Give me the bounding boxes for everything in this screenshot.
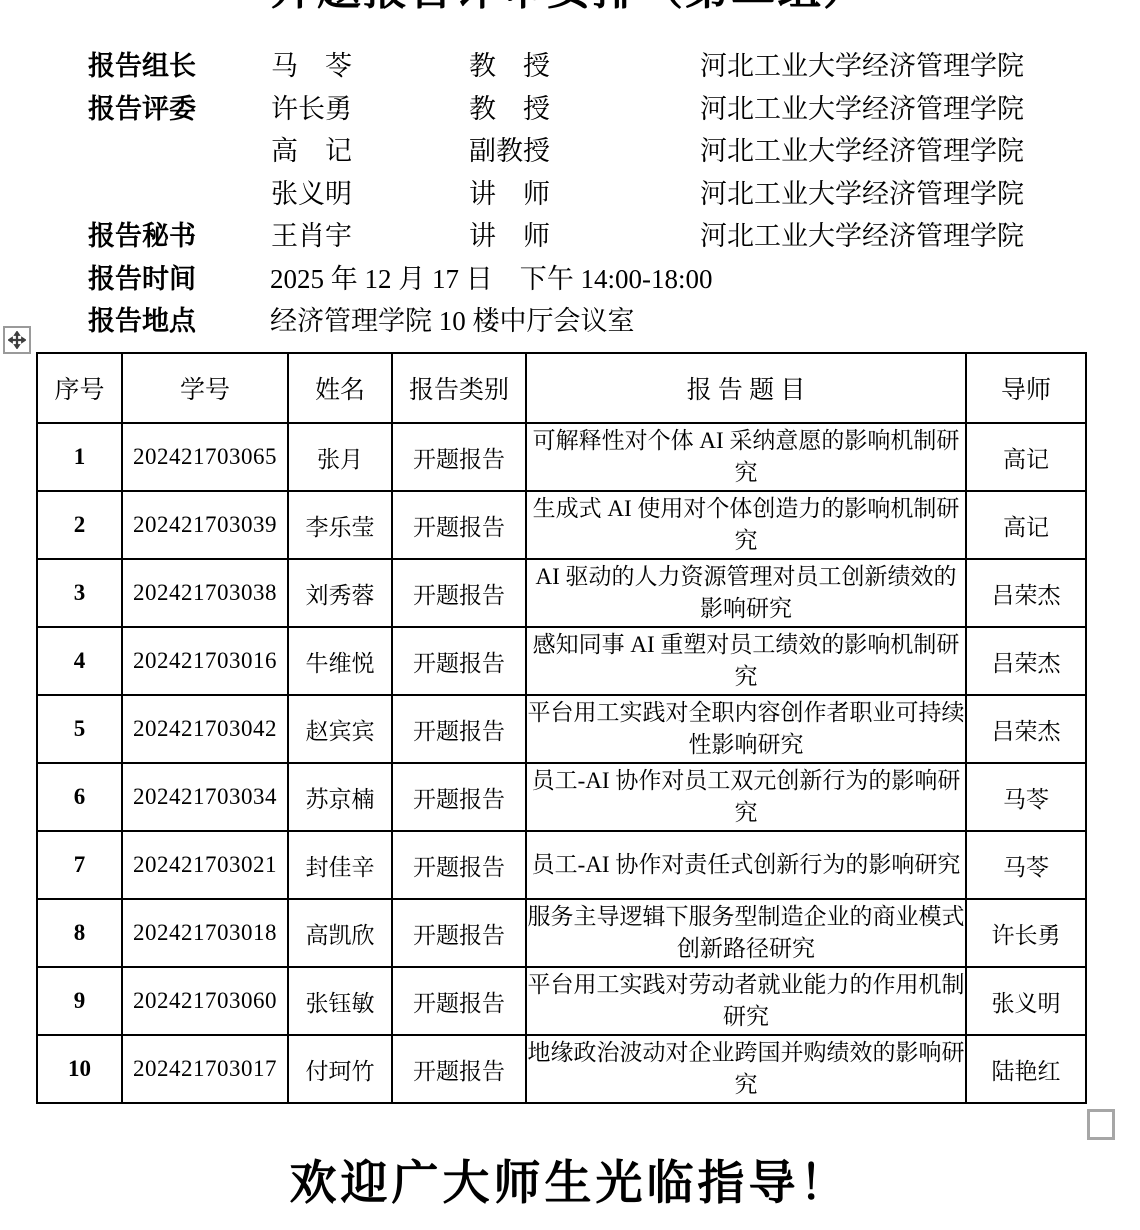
cell-advisor: 吕荣杰 (966, 559, 1086, 627)
table-resize-handle[interactable] (1087, 1109, 1115, 1140)
cell-name: 赵宾宾 (288, 695, 392, 763)
cell-report-type: 开题报告 (392, 559, 526, 627)
table-row: 5202421703042赵宾宾开题报告平台用工实践对全职内容创作者职业可持续性… (37, 695, 1086, 763)
table-header-row: 序号学号姓名报告类别报 告 题 目导师 (37, 353, 1086, 423)
cell-topic: 平台用工实践对全职内容创作者职业可持续性影响研究 (526, 695, 966, 763)
info-label: 报告地点 (88, 299, 196, 338)
cell-advisor: 吕荣杰 (966, 695, 1086, 763)
info-person-name: 王肖宇 (271, 214, 352, 253)
cell-report-type: 开题报告 (392, 1035, 526, 1103)
cell-student-id: 202421703039 (122, 491, 288, 559)
cell-student-id: 202421703038 (122, 559, 288, 627)
cell-advisor: 陆艳红 (966, 1035, 1086, 1103)
info-organization: 河北工业大学经济管理学院 (700, 129, 1024, 168)
cell-student-id: 202421703034 (122, 763, 288, 831)
info-row: 报告时间2025 年 12 月 17 日 下午 14:00-18:00 (0, 253, 1140, 296)
cell-student-id: 202421703018 (122, 899, 288, 967)
cell-advisor: 马苓 (966, 831, 1086, 899)
cell-name: 高凯欣 (288, 899, 392, 967)
info-label: 报告时间 (88, 257, 196, 296)
info-row: 报告秘书王肖宇讲 师河北工业大学经济管理学院 (0, 210, 1140, 253)
table-row: 4202421703016牛维悦开题报告感知同事 AI 重塑对员工绩效的影响机制… (37, 627, 1086, 695)
cell-student-id: 202421703017 (122, 1035, 288, 1103)
column-header: 姓名 (288, 353, 392, 423)
info-label: 报告秘书 (88, 214, 196, 253)
cell-no: 1 (37, 423, 122, 491)
table-body: 1202421703065张月开题报告可解释性对个体 AI 采纳意愿的影响机制研… (37, 423, 1086, 1103)
info-person-name: 高 记 (271, 129, 352, 168)
cell-topic: 服务主导逻辑下服务型制造企业的商业模式创新路径研究 (526, 899, 966, 967)
info-organization: 河北工业大学经济管理学院 (700, 87, 1024, 126)
info-label: 报告组长 (88, 44, 196, 83)
info-person-name: 许长勇 (271, 87, 352, 126)
table-row: 9202421703060张钰敏开题报告平台用工实践对劳动者就业能力的作用机制研… (37, 967, 1086, 1035)
info-person-title: 教 授 (469, 44, 550, 83)
info-label: 报告评委 (88, 87, 196, 126)
cell-name: 牛维悦 (288, 627, 392, 695)
cell-no: 9 (37, 967, 122, 1035)
cell-name: 张钰敏 (288, 967, 392, 1035)
cell-no: 2 (37, 491, 122, 559)
four-way-arrow-icon (8, 331, 26, 349)
info-organization: 河北工业大学经济管理学院 (700, 44, 1024, 83)
cell-student-id: 202421703016 (122, 627, 288, 695)
info-organization: 河北工业大学经济管理学院 (700, 214, 1024, 253)
cell-topic: 平台用工实践对劳动者就业能力的作用机制研究 (526, 967, 966, 1035)
info-row: 报告地点经济管理学院 10 楼中厅会议室 (0, 295, 1140, 338)
column-header: 报告类别 (392, 353, 526, 423)
table-row: 10202421703017付珂竹开题报告地缘政治波动对企业跨国并购绩效的影响研… (37, 1035, 1086, 1103)
info-person-name: 张义明 (271, 172, 352, 211)
column-header: 学号 (122, 353, 288, 423)
cell-name: 李乐莹 (288, 491, 392, 559)
cell-name: 付珂竹 (288, 1035, 392, 1103)
footer-welcome-text: 欢迎广大师生光临指导！ (0, 1146, 1140, 1213)
cell-report-type: 开题报告 (392, 695, 526, 763)
info-person-title: 讲 师 (469, 172, 550, 211)
cell-topic: 地缘政治波动对企业跨国并购绩效的影响研究 (526, 1035, 966, 1103)
cell-report-type: 开题报告 (392, 423, 526, 491)
info-value: 2025 年 12 月 17 日 下午 14:00-18:00 (270, 257, 713, 296)
cell-advisor: 高记 (966, 491, 1086, 559)
cell-student-id: 202421703021 (122, 831, 288, 899)
word-document-page: 开题报告评审安排（第二组） 报告组长马 苓教 授河北工业大学经济管理学院报告评委… (0, 0, 1140, 1230)
column-header: 报 告 题 目 (526, 353, 966, 423)
cell-no: 10 (37, 1035, 122, 1103)
cell-name: 封佳辛 (288, 831, 392, 899)
cell-no: 3 (37, 559, 122, 627)
table-row: 2202421703039李乐莹开题报告生成式 AI 使用对个体创造力的影响机制… (37, 491, 1086, 559)
info-person-name: 马 苓 (271, 44, 352, 83)
cell-no: 5 (37, 695, 122, 763)
cell-name: 苏京楠 (288, 763, 392, 831)
cell-name: 刘秀蓉 (288, 559, 392, 627)
cell-report-type: 开题报告 (392, 831, 526, 899)
info-row: 报告组长马 苓教 授河北工业大学经济管理学院 (0, 40, 1140, 83)
cell-advisor: 高记 (966, 423, 1086, 491)
info-row: 张义明讲 师河北工业大学经济管理学院 (0, 168, 1140, 211)
table-row: 8202421703018高凯欣开题报告服务主导逻辑下服务型制造企业的商业模式创… (37, 899, 1086, 967)
schedule-table: 序号学号姓名报告类别报 告 题 目导师 1202421703065张月开题报告可… (36, 352, 1087, 1104)
cell-student-id: 202421703065 (122, 423, 288, 491)
table-move-handle[interactable] (3, 326, 31, 354)
cell-advisor: 马苓 (966, 763, 1086, 831)
cell-report-type: 开题报告 (392, 899, 526, 967)
cell-student-id: 202421703060 (122, 967, 288, 1035)
table-row: 6202421703034苏京楠开题报告员工-AI 协作对员工双元创新行为的影响… (37, 763, 1086, 831)
info-person-title: 讲 师 (469, 214, 550, 253)
cell-advisor: 张义明 (966, 967, 1086, 1035)
info-block: 报告组长马 苓教 授河北工业大学经济管理学院报告评委许长勇教 授河北工业大学经济… (0, 40, 1140, 338)
cell-advisor: 许长勇 (966, 899, 1086, 967)
document-title-clipped: 开题报告评审安排（第二组） (0, 0, 1140, 14)
table-row: 3202421703038刘秀蓉开题报告AI 驱动的人力资源管理对员工创新绩效的… (37, 559, 1086, 627)
cell-name: 张月 (288, 423, 392, 491)
cell-report-type: 开题报告 (392, 627, 526, 695)
info-organization: 河北工业大学经济管理学院 (700, 172, 1024, 211)
column-header: 导师 (966, 353, 1086, 423)
info-person-title: 副教授 (469, 129, 550, 168)
cell-student-id: 202421703042 (122, 695, 288, 763)
cell-report-type: 开题报告 (392, 491, 526, 559)
cell-report-type: 开题报告 (392, 763, 526, 831)
cell-topic: 员工-AI 协作对责任式创新行为的影响研究 (526, 831, 966, 899)
cell-topic: 生成式 AI 使用对个体创造力的影响机制研究 (526, 491, 966, 559)
cell-no: 7 (37, 831, 122, 899)
cell-advisor: 吕荣杰 (966, 627, 1086, 695)
cell-topic: 员工-AI 协作对员工双元创新行为的影响研究 (526, 763, 966, 831)
cell-topic: 可解释性对个体 AI 采纳意愿的影响机制研究 (526, 423, 966, 491)
column-header: 序号 (37, 353, 122, 423)
cell-no: 8 (37, 899, 122, 967)
cell-report-type: 开题报告 (392, 967, 526, 1035)
cell-topic: AI 驱动的人力资源管理对员工创新绩效的影响研究 (526, 559, 966, 627)
cell-no: 6 (37, 763, 122, 831)
cell-topic: 感知同事 AI 重塑对员工绩效的影响机制研究 (526, 627, 966, 695)
table-row: 1202421703065张月开题报告可解释性对个体 AI 采纳意愿的影响机制研… (37, 423, 1086, 491)
info-value: 经济管理学院 10 楼中厅会议室 (270, 299, 635, 338)
cell-no: 4 (37, 627, 122, 695)
info-person-title: 教 授 (469, 87, 550, 126)
info-row: 报告评委许长勇教 授河北工业大学经济管理学院 (0, 83, 1140, 126)
document-title-text: 开题报告评审安排（第二组） (0, 0, 1140, 14)
info-row: 高 记副教授河北工业大学经济管理学院 (0, 125, 1140, 168)
table-row: 7202421703021封佳辛开题报告员工-AI 协作对责任式创新行为的影响研… (37, 831, 1086, 899)
